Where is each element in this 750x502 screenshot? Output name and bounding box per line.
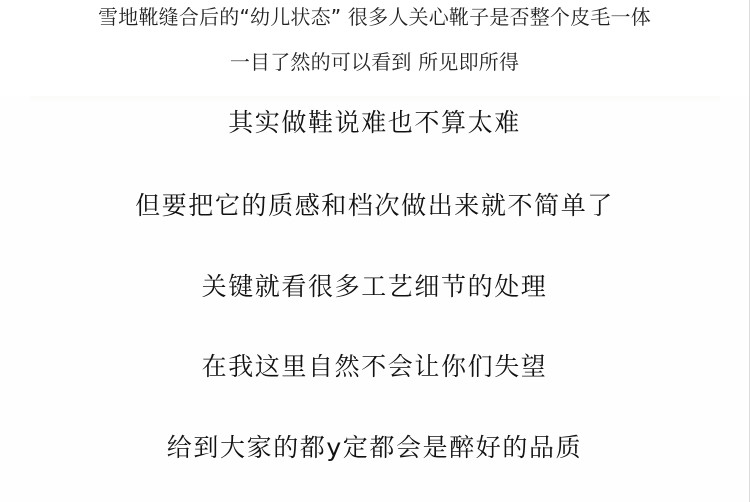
document-page: 雪地靴缝合后的“幼儿状态” 很多人关心靴子是否整个皮毛一体 一目了然的可以看到 … [0, 0, 749, 502]
intro-block: 雪地靴缝合后的“幼儿状态” 很多人关心靴子是否整个皮毛一体 一目了然的可以看到 … [0, 0, 749, 96]
intro-line-2: 一目了然的可以看到 所见即所得 [0, 52, 749, 72]
intro-line-1: 雪地靴缝合后的“幼儿状态” 很多人关心靴子是否整个皮毛一体 [0, 7, 749, 27]
section-divider [30, 96, 720, 102]
body-line-5: 给到大家的都y定都会是醉好的品质 [0, 435, 749, 460]
body-line-1: 其实做鞋说难也不算太难 [0, 110, 749, 135]
body-line-2: 但要把它的质感和档次做出来就不简单了 [0, 193, 749, 218]
body-line-4: 在我这里自然不会让你们失望 [0, 354, 749, 379]
body-line-3: 关键就看很多工艺细节的处理 [0, 274, 749, 299]
